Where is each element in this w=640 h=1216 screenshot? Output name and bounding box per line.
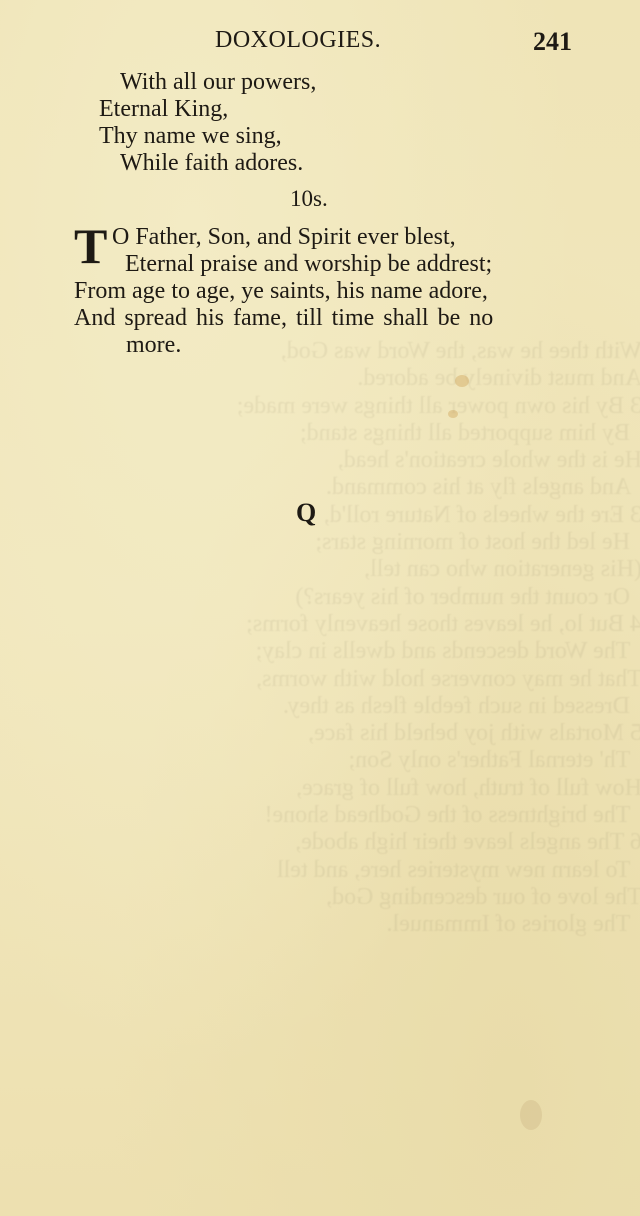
meter-heading: 10s.	[290, 186, 328, 212]
book-page: With thee he was, the Word was God, And …	[0, 0, 640, 1216]
bleed-through-text: With thee he was, the Word was God, And …	[62, 338, 640, 939]
drop-cap: T	[74, 221, 107, 271]
verse-line: O Father, Son, and Spirit ever blest,	[112, 222, 456, 252]
verse-line: more.	[126, 330, 181, 360]
verse-line: While faith adores.	[120, 148, 303, 178]
verse-line: Thy name we sing,	[99, 121, 282, 151]
verse-line: Eternal praise and worship be addrest;	[125, 249, 492, 279]
verse-line: Eternal King,	[99, 94, 228, 124]
running-head: DOXOLOGIES.	[215, 27, 381, 54]
verse-line: And spread his fame, till time shall be …	[74, 303, 493, 333]
verse-line: From age to age, ye saints, his name ado…	[74, 276, 488, 306]
paper-stain	[455, 375, 469, 387]
page-number: 241	[533, 27, 572, 57]
signature-mark: Q	[296, 498, 316, 528]
verse-line: With all our powers,	[120, 67, 316, 97]
paper-stain	[520, 1100, 542, 1130]
paper-stain	[448, 410, 458, 418]
